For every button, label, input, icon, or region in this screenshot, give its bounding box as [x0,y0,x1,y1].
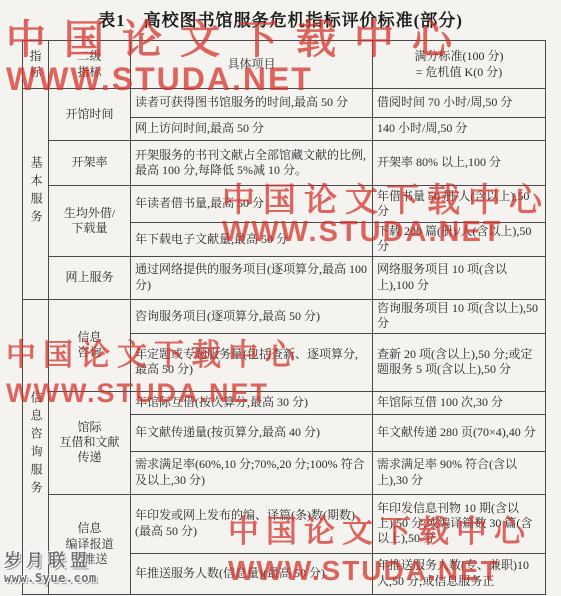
site-logo-url: www.Syue.com [4,571,97,585]
item-cell: 年读者借书量,最高 50 分 [131,186,373,223]
secondary-interlibrary-loan: 馆际 互借和文献 传递 [49,391,131,494]
standard-cell: 咨询服务项目 10 项(含以上),50 分 [373,299,546,333]
item-cell: 年下载电子文献量,最高 50 分 [131,223,373,257]
table-row: 信息 编译报道 或推送 年印发或网上发布的编、译篇(条)数(期数)(最高 50 … [23,494,546,553]
secondary-online-services: 网上服务 [49,256,131,299]
standard-cell: 网络服务项目 10 项(含以上),100 分 [373,256,546,299]
secondary-open-shelf-rate: 开架率 [49,141,131,186]
secondary-info-consulting: 信息 咨询 [49,299,131,391]
item-cell: 网上访问时间,最高 50 分 [131,118,373,141]
table-row: 信息咨询服务 信息 咨询 咨询服务项目(逐项算分,最高 50 分) 咨询服务项目… [23,299,546,333]
standard-cell: 年推送服务人数(专、兼职)10 人,50 分;或信息服务正 [373,553,546,594]
header-specific-item: 具体项目 [131,41,373,89]
table-row: 生均外借/ 下载量 年读者借书量,最高 50 分 年借书量 50 册/人(含以上… [23,186,546,223]
header-row: 指标 二级 指标 具体项目 满分标准(100 分) = 危机值 K(0 分) [23,41,546,89]
indicator-info-consulting-services: 信息咨询服务 [23,299,49,594]
item-cell: 年文献传递量(按页算分,最高 40 分) [131,414,373,451]
item-cell: 读者可获得图书馆服务的时间,最高 50 分 [131,89,373,118]
standard-cell: 年馆际互借 100 次,30 分 [373,391,546,414]
standard-cell: 查新 20 项(含以上),50 分;或定题服务 5 项(含以上),50 分 [373,333,546,391]
standard-cell: 年文献传递 280 页(70×4),40 分 [373,414,546,451]
item-cell: 年馆际互借(按次算分,最高 30 分) [131,391,373,414]
item-cell: 年推送服务人数(信息量)(最高 50 分) [131,553,373,594]
header-score-standard: 满分标准(100 分) = 危机值 K(0 分) [373,41,546,89]
table-row: 基本服务 开馆时间 读者可获得图书馆服务的时间,最高 50 分 借阅时间 70 … [23,89,546,118]
item-cell: 年印发或网上发布的编、译篇(条)数(期数)(最高 50 分) [131,494,373,553]
standard-cell: 年印发信息刊物 10 期(含以上),50 分;或编译篇数 30 篇(含以上),5… [373,494,546,553]
header-secondary-indicator: 二级 指标 [49,41,131,89]
page-title: 表1 高校图书馆服务危机指标评价标准(部分) [0,6,561,31]
table-row: 开架率 开架服务的书刊文献占全部馆藏文献的比例,最高 100 分,每降低 5%减… [23,141,546,186]
item-cell: 年定题或专题服务量(包括查新、逐项算分,最高 50 分) [131,333,373,391]
indicator-basic-services: 基本服务 [23,89,49,300]
table-row: 馆际 互借和文献 传递 年馆际互借(按次算分,最高 30 分) 年馆际互借 10… [23,391,546,414]
item-cell: 需求满足率(60%,10 分;70%,20 分;100% 符合及以上,30 分) [131,451,373,494]
standard-cell: 借阅时间 70 小时/周,50 分 [373,89,546,118]
site-logo: 岁月联盟 www.Syue.com [4,552,97,585]
standard-cell: 140 小时/周,50 分 [373,118,546,141]
standard-cell: 需求满足率 90% 符合(含以上),30 分 [373,451,546,494]
table-row: 网上服务 通过网络提供的服务项目(逐项算分,最高 100 分) 网络服务项目 1… [23,256,546,299]
secondary-per-capita-loan: 生均外借/ 下载量 [49,186,131,257]
item-cell: 开架服务的书刊文献占全部馆藏文献的比例,最高 100 分,每降低 5%减 10 … [131,141,373,186]
standard-cell: 年借书量 50 册/人(含以上),50 分 [373,186,546,223]
standard-cell: 开架率 80% 以上,100 分 [373,141,546,186]
site-logo-name: 岁月联盟 [4,552,97,571]
standard-cell: 下载 200 篇(册)/人(含以上),50 分 [373,223,546,257]
secondary-opening-hours: 开馆时间 [49,89,131,141]
item-cell: 通过网络提供的服务项目(逐项算分,最高 100 分) [131,256,373,299]
evaluation-criteria-table: 指标 二级 指标 具体项目 满分标准(100 分) = 危机值 K(0 分) 基… [22,40,546,595]
header-indicator: 指标 [23,41,49,89]
item-cell: 咨询服务项目(逐项算分,最高 50 分) [131,299,373,333]
